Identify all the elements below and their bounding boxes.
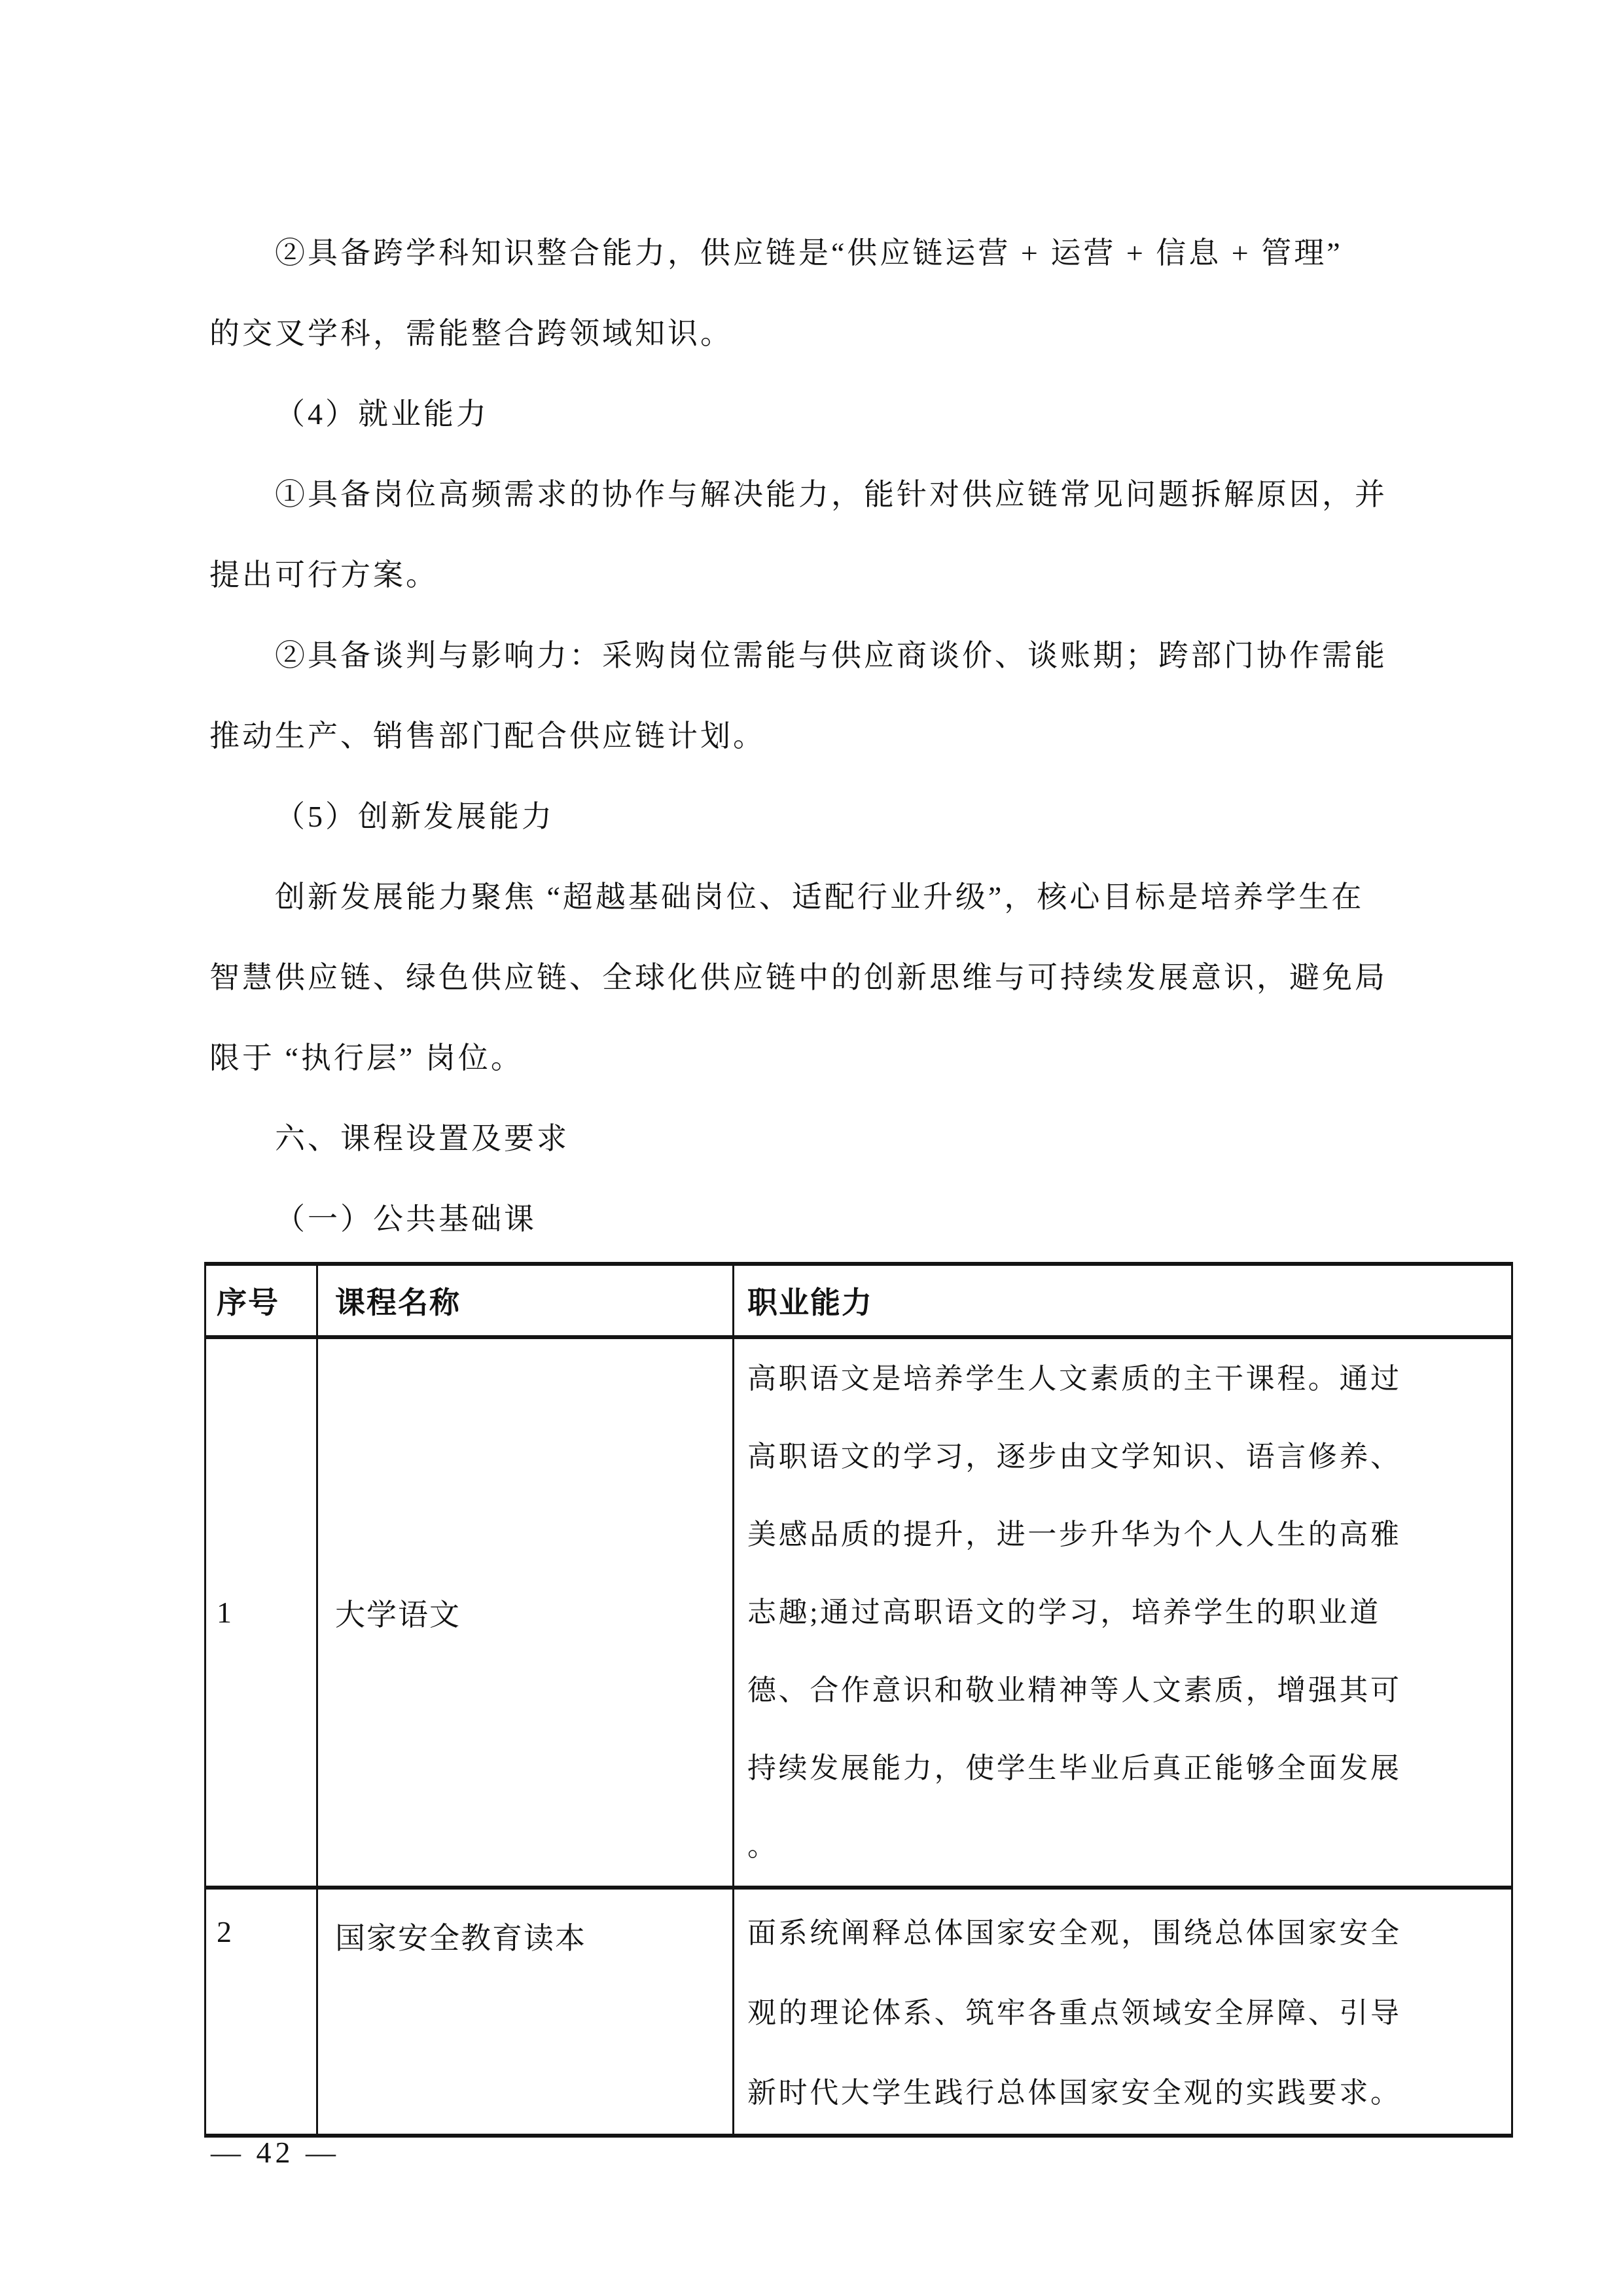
table-row: 2 国家安全教育读本 面系统阐释总体国家安全观，围绕总体国家安全 观的理论体系、…	[205, 1888, 1512, 2136]
cell-course-name: 国家安全教育读本	[317, 1888, 734, 2136]
cell-row-number: 1	[205, 1337, 317, 1888]
cell-ability-text: 高职语文是培养学生人文素质的主干课程。通过 高职语文的学习，逐步由文学知识、语言…	[734, 1337, 1512, 1888]
heading-course-setup: 六、课程设置及要求	[209, 1098, 1417, 1179]
heading-employment-ability: （4）就业能力	[209, 374, 1417, 454]
paragraph-collaboration-solving: ①具备岗位高频需求的协作与解决能力，能针对供应链常见问题拆解原因，并 提出可行方…	[209, 454, 1417, 615]
heading-public-basic-courses: （一）公共基础课	[209, 1179, 1417, 1259]
table-row: 1 大学语文 高职语文是培养学生人文素质的主干课程。通过 高职语文的学习，逐步由…	[205, 1337, 1512, 1888]
table-header-row: 序号 课程名称 职业能力	[205, 1264, 1512, 1337]
header-cell-number: 序号	[205, 1264, 317, 1337]
cell-ability-text: 面系统阐释总体国家安全观，围绕总体国家安全 观的理论体系、筑牢各重点领域安全屏障…	[734, 1888, 1512, 2136]
document-page: ②具备跨学科知识整合能力，供应链是“供应链运营 + 运营 + 信息 + 管理” …	[0, 0, 1623, 2296]
heading-innovation-ability: （5）创新发展能力	[209, 776, 1417, 857]
courses-table: 序号 课程名称 职业能力 1 大学语文 高职语文是培养学生人文素质的主干课程。通…	[204, 1262, 1513, 2138]
header-cell-course-name: 课程名称	[317, 1264, 734, 1337]
paragraph-negotiation-influence: ②具备谈判与影响力：采购岗位需能与供应商谈价、谈账期；跨部门协作需能 推动生产、…	[209, 615, 1417, 776]
paragraph-knowledge-integration: ②具备跨学科知识整合能力，供应链是“供应链运营 + 运营 + 信息 + 管理” …	[209, 213, 1417, 374]
cell-row-number: 2	[205, 1888, 317, 2136]
paragraph-innovation-focus: 创新发展能力聚焦 “超越基础岗位、适配行业升级”，核心目标是培养学生在 智慧供应…	[209, 857, 1417, 1098]
header-cell-ability: 职业能力	[734, 1264, 1512, 1337]
body-text: ②具备跨学科知识整合能力，供应链是“供应链运营 + 运营 + 信息 + 管理” …	[209, 213, 1417, 1259]
cell-course-name: 大学语文	[317, 1337, 734, 1888]
page-number: — 42 —	[211, 2135, 340, 2170]
courses-table-container: 序号 课程名称 职业能力 1 大学语文 高职语文是培养学生人文素质的主干课程。通…	[204, 1262, 1513, 2138]
